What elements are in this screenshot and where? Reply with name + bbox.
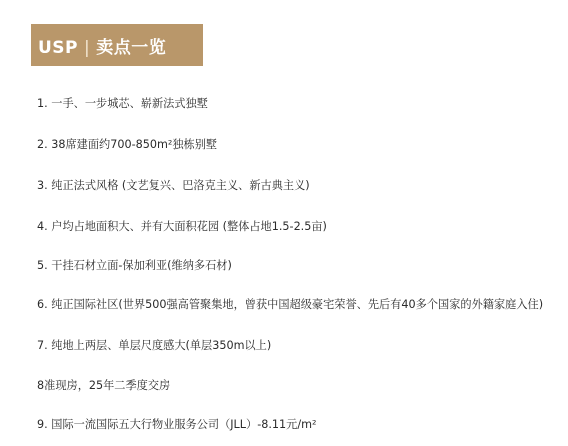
item-text: 纯地上两层、单层尺度感大(单层350m以上) (51, 339, 271, 352)
list-item: 7. 纯地上两层、单层尺度感大(单层350m以上) (37, 339, 271, 353)
section-header: USP|卖点一览 (31, 24, 203, 66)
list-item: 9. 国际一流国际五大行物业服务公司（JLL）-8.11元/m² (37, 418, 317, 432)
title-text: 卖点一览 (96, 38, 166, 58)
item-number: 2. (37, 138, 48, 151)
item-number: 4. (37, 220, 48, 233)
list-item: 5. 干挂石材立面-保加利亚(维纳多石材) (37, 259, 232, 273)
usp-label: USP (38, 38, 78, 58)
section-title: USP|卖点一览 (38, 33, 166, 58)
list-item: 1. 一手、一步城芯、崭新法式独墅 (37, 97, 208, 111)
list-item: 4. 户均占地面积大、并有大面积花园 (整体占地1.5-2.5亩) (37, 220, 327, 234)
item-number: 9. (37, 418, 48, 431)
item-text: 38席建面约700-850m²独栋别墅 (51, 138, 217, 151)
item-number: 6. (37, 298, 48, 311)
item-text: 干挂石材立面-保加利亚(维纳多石材) (51, 259, 232, 272)
list-item: 8准现房，25年二季度交房 (37, 379, 170, 393)
list-item: 6. 纯正国际社区(世界500强高管聚集地，曾获中国超级豪宅荣誉、先后有40多个… (37, 298, 543, 312)
item-number: 7. (37, 339, 48, 352)
item-text: 国际一流国际五大行物业服务公司（JLL）-8.11元/m² (51, 418, 316, 431)
list-item: 2. 38席建面约700-850m²独栋别墅 (37, 138, 217, 152)
item-text: 纯正国际社区(世界500强高管聚集地，曾获中国超级豪宅荣誉、先后有40多个国家的… (51, 298, 543, 311)
item-number: 5. (37, 259, 48, 272)
item-number: 3. (37, 179, 48, 192)
item-text: 一手、一步城芯、崭新法式独墅 (51, 97, 208, 110)
item-text: 户均占地面积大、并有大面积花园 (整体占地1.5-2.5亩) (51, 220, 327, 233)
item-text: 准现房，25年二季度交房 (44, 379, 170, 392)
title-separator: | (84, 38, 90, 58)
item-number: 1. (37, 97, 48, 110)
list-item: 3. 纯正法式风格 (文艺复兴、巴洛克主义、新古典主义) (37, 179, 310, 193)
item-text: 纯正法式风格 (文艺复兴、巴洛克主义、新古典主义) (51, 179, 309, 192)
